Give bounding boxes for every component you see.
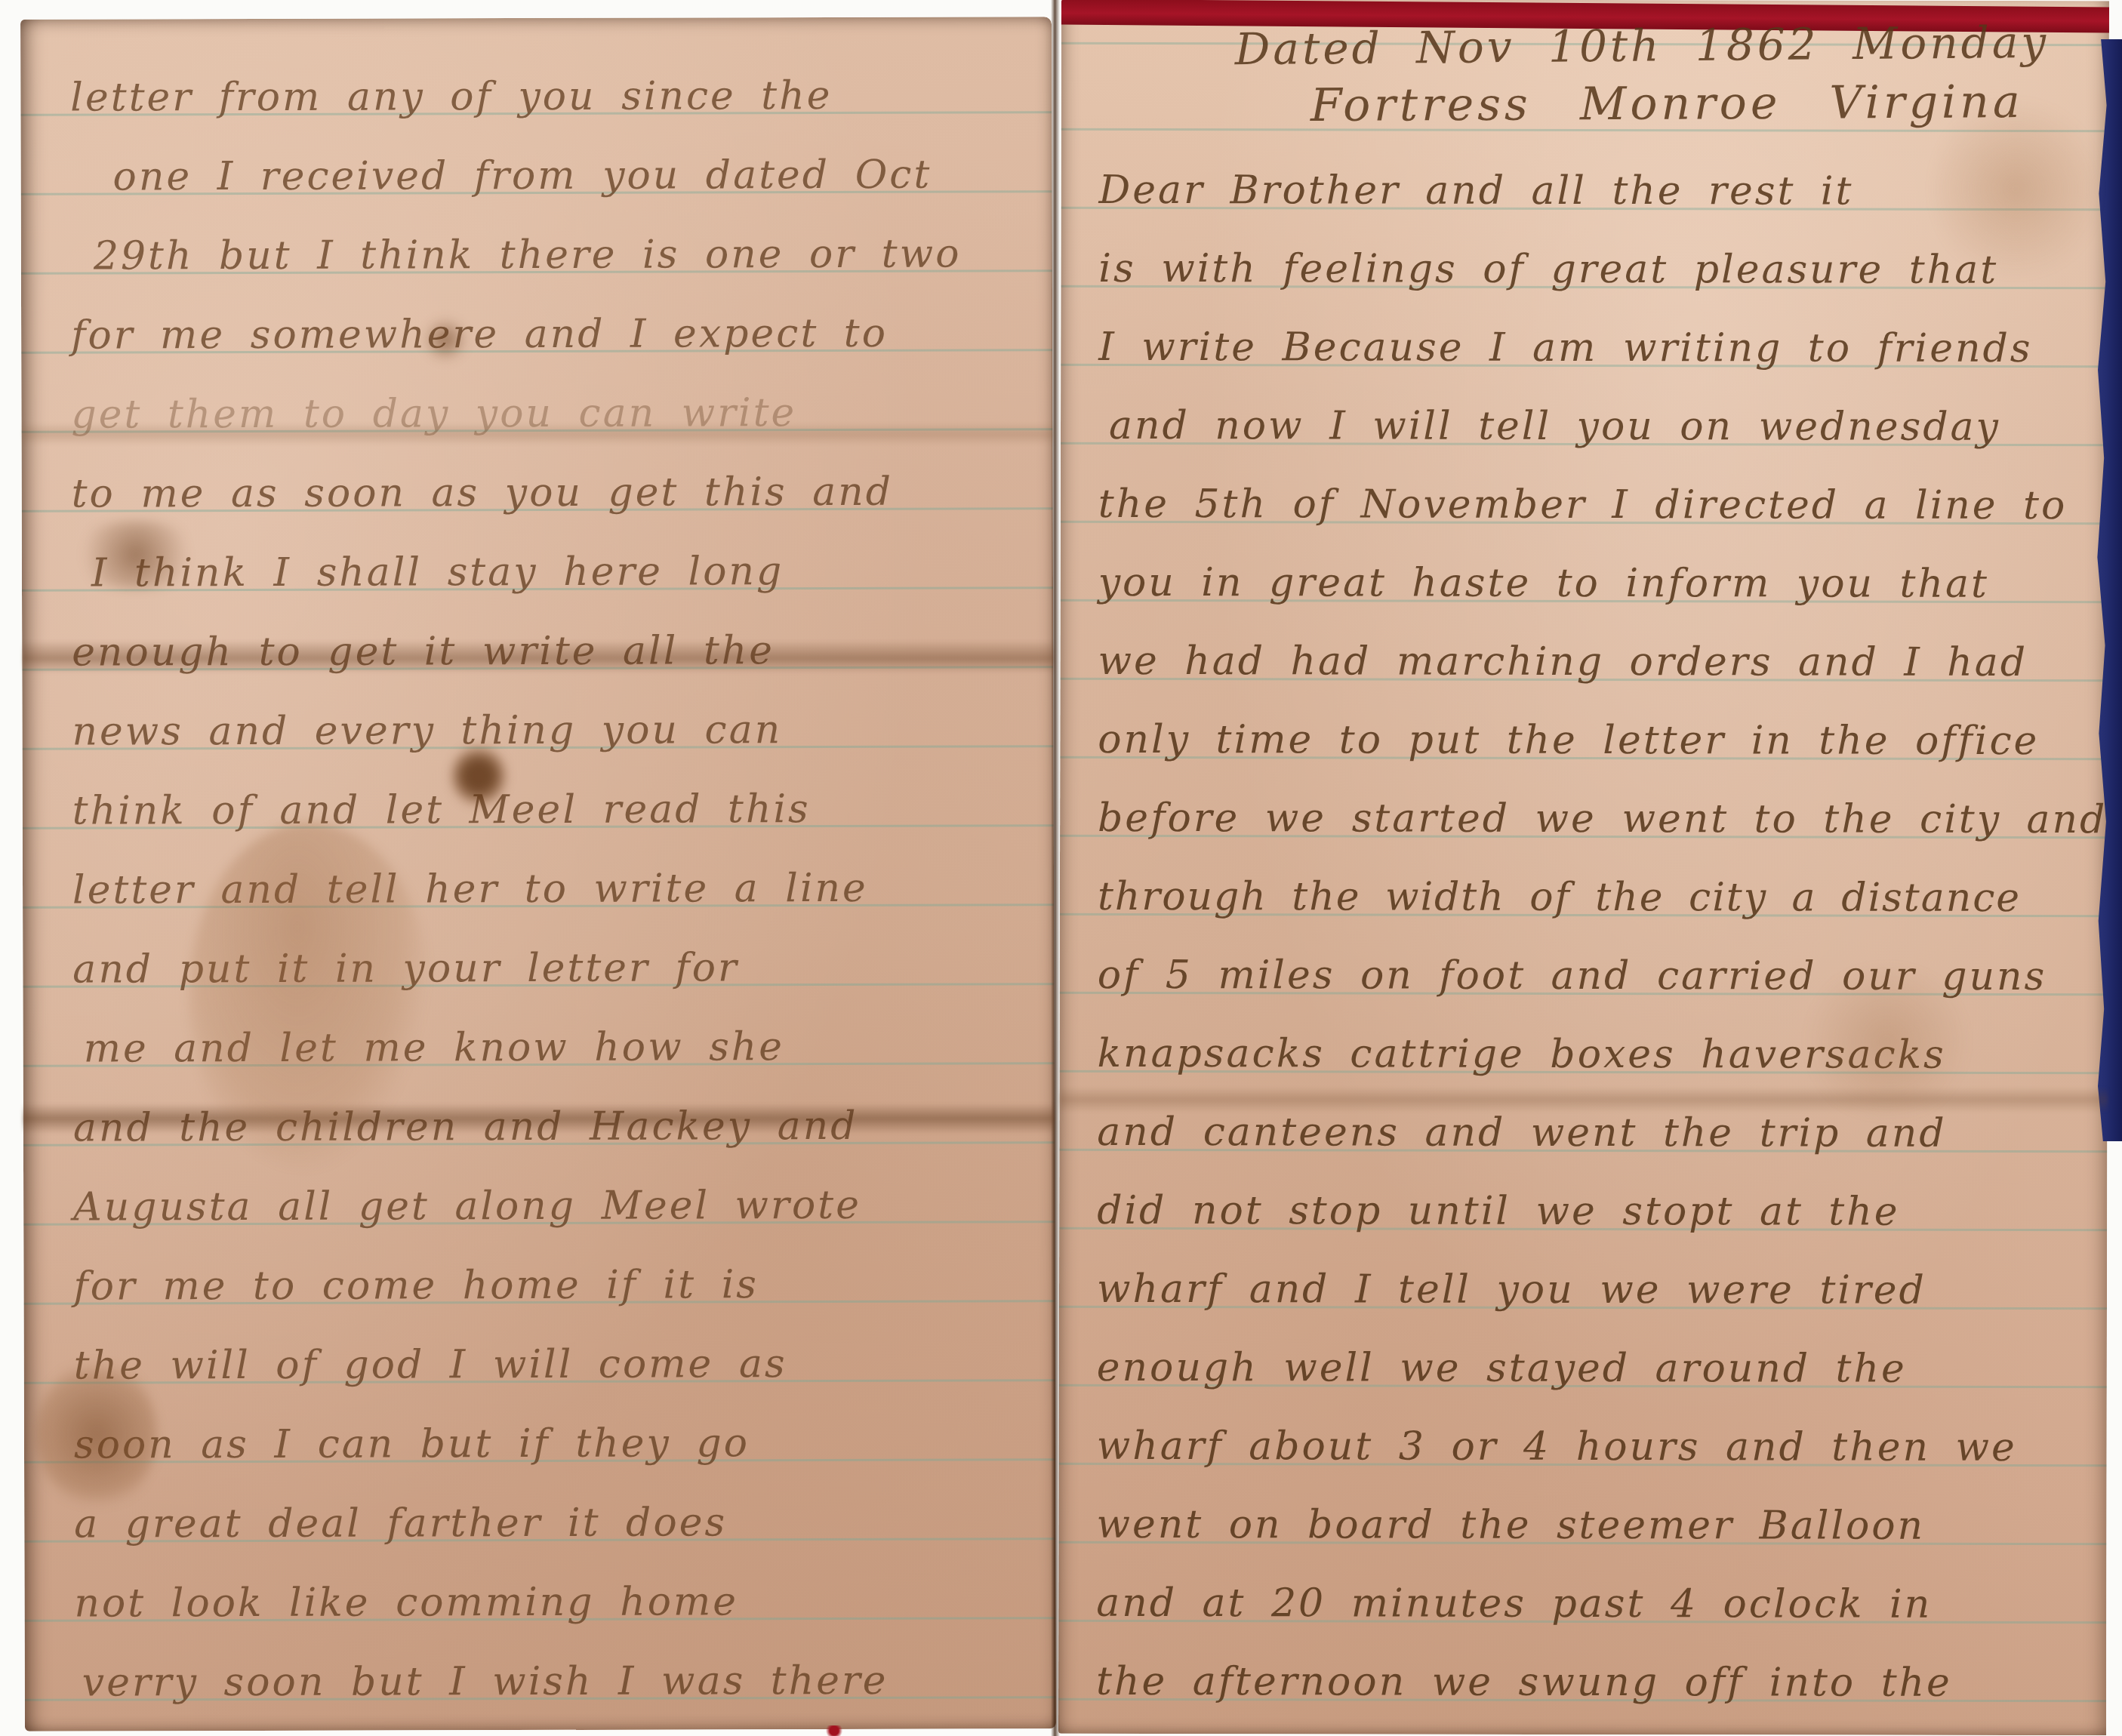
handwriting-line: and canteens and went the trip and — [1097, 1088, 2101, 1168]
handwriting-line: enough well we stayed around the — [1097, 1324, 2101, 1404]
handwriting-line: to me as soon as you get this and — [72, 447, 1046, 528]
handwriting-line: only time to put the letter in the offic… — [1098, 696, 2102, 776]
handwriting-line: Dear Brother and all the rest it — [1098, 146, 2102, 226]
center-fold-shadow — [1051, 0, 1060, 1736]
handwriting-line: for me to come home if it is — [73, 1239, 1047, 1321]
handwriting-line: I think I shall stay here long — [91, 526, 1046, 608]
handwriting-line: we had had marching orders and I had — [1098, 617, 2102, 697]
handwriting-line: think of and let Meel read this — [72, 764, 1046, 845]
handwriting-line: went on board the steemer Balloon — [1096, 1481, 2100, 1561]
letter-page-left: letter from any of you since theone I re… — [20, 17, 1056, 1731]
handwriting-line: and now I will tell you on wednesday — [1109, 382, 2102, 462]
right-page-text: Dear Brother and all the rest itis with … — [1096, 146, 2103, 1718]
handwriting-line: the will of god I will come as — [74, 1319, 1048, 1400]
handwriting-line: you in great haste to inform you that — [1098, 539, 2102, 619]
left-page-text: letter from any of you since theone I re… — [70, 51, 1049, 1717]
handwriting-line: I write Because I am writing to friends — [1098, 303, 2102, 383]
handwriting-line: of 5 miles on foot and carried our guns — [1098, 931, 2102, 1011]
handwriting-line: 29th but I think there is one or two — [94, 209, 1045, 291]
handwriting-line: the 5th of November I directed a line to — [1098, 460, 2102, 540]
handwriting-line: wharf about 3 or 4 hours and then we — [1097, 1402, 2101, 1482]
handwriting-line: before we started we went to the city an… — [1098, 774, 2102, 854]
handwriting-line: news and every thing you can — [72, 685, 1046, 766]
letter-heading: Dated Nov 10th 1862 Monday Fortress Monr… — [1061, 19, 2109, 131]
handwriting-line: verry soon but I wish I was there — [82, 1636, 1049, 1717]
handwriting-line: letter and tell her to write a line — [72, 843, 1046, 925]
letter-dateline: Dated Nov 10th 1862 Monday — [1235, 16, 2109, 75]
letter-placeline: Fortress Monroe Virgina — [1310, 75, 2109, 133]
handwriting-line: knapsacks cattrige boxes haversacks — [1097, 1010, 2101, 1090]
handwriting-line: enough to get it write all the — [72, 605, 1046, 687]
handwriting-line: one I received from you dated Oct — [112, 130, 1044, 211]
handwriting-line: and at 20 minutes past 4 oclock in — [1096, 1559, 2100, 1639]
handwriting-line: a great deal farther it does — [74, 1477, 1048, 1559]
handwriting-line: letter from any of you since the — [70, 51, 1044, 132]
handwriting-line: through the width of the city a distance — [1098, 853, 2102, 933]
handwriting-line: not look like comming home — [74, 1556, 1048, 1638]
scanned-letter: { "document": { "kind": "handwritten let… — [0, 0, 2122, 1736]
handwriting-line: Augusta all get along Meel wrote — [73, 1160, 1047, 1242]
handwriting-line: for me somewhere and I expect to — [71, 288, 1045, 370]
handwriting-line: me and let me know how she — [83, 1002, 1046, 1083]
handwriting-line: wharf and I tell you we were tired — [1097, 1245, 2101, 1325]
handwriting-line: and the children and Hackey and — [73, 1081, 1047, 1162]
letter-page-right: Dated Nov 10th 1862 Monday Fortress Monr… — [1058, 0, 2109, 1735]
handwriting-line: get them to day you can write — [71, 368, 1045, 449]
handwriting-line: soon as I can but if they go — [74, 1398, 1048, 1479]
handwriting-line: the afternoon we swung off into the — [1096, 1638, 2100, 1718]
handwriting-line: did not stop until we stopt at the — [1097, 1167, 2101, 1247]
handwriting-line: and put it in your letter for — [72, 922, 1046, 1004]
handwriting-line: is with feelings of great pleasure that — [1098, 225, 2102, 305]
red-ink-mark — [824, 1725, 844, 1736]
